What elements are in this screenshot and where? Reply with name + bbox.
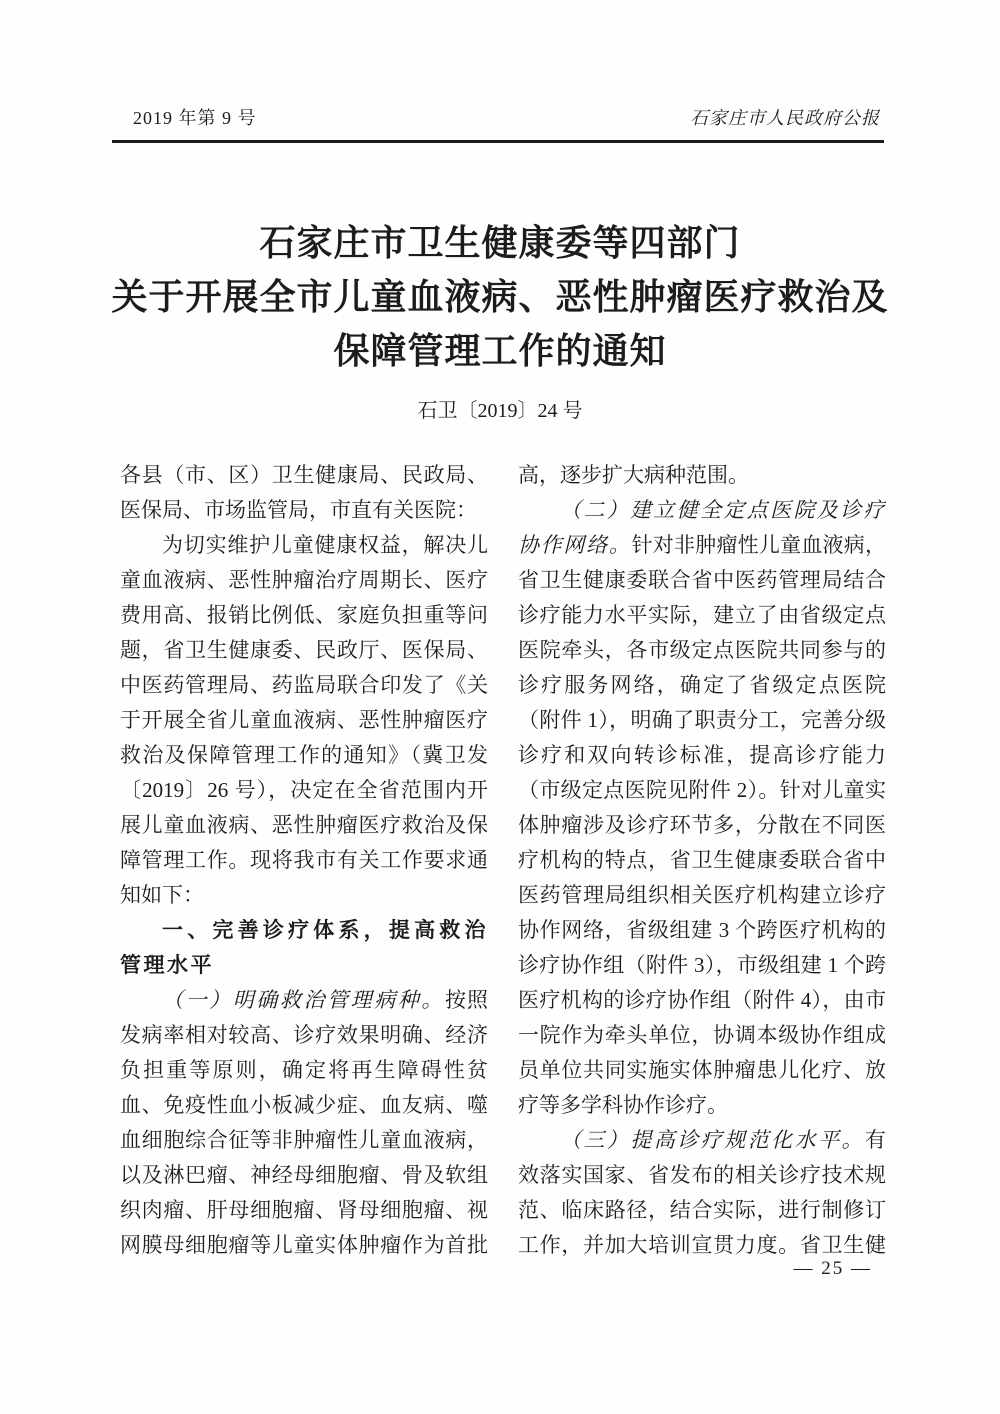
document-reference-number: 石卫〔2019〕24 号: [0, 394, 1000, 423]
document-page: 2019 年第 9 号 石家庄市人民政府公报 石家庄市卫生健康委等四部门 关于开…: [0, 0, 1000, 1414]
paragraph-lead: （三）提高诊疗规范化水平。: [560, 1128, 865, 1152]
title-line-3: 保障管理工作的通知: [90, 324, 910, 378]
left-column: 各县（市、区）卫生健康局、民政局、医保局、市场监管局，市直有关医院：为切实维护儿…: [120, 458, 488, 1268]
paragraph-lead: （一）明确救治管理病种。: [162, 988, 445, 1012]
section-one-heading: 一、完善诊疗体系，提高救治管理水平: [120, 913, 488, 983]
header-issue-number: 2019 年第 9 号: [133, 104, 257, 130]
header-rule: [112, 140, 884, 143]
item-two-paragraph: （二）建立健全定点医院及诊疗协作网络。针对非肿瘤性儿童血液病，省卫生健康委联合省…: [518, 493, 886, 1123]
item-one-continuation-paragraph: 高，逐步扩大病种范围。: [518, 458, 886, 493]
item-one-paragraph: （一）明确救治管理病种。按照发病率相对较高、诊疗效果明确、经济负担重等原则，确定…: [120, 983, 488, 1268]
body-columns: 各县（市、区）卫生健康局、民政局、医保局、市场监管局，市直有关医院：为切实维护儿…: [120, 458, 886, 1268]
intro-paragraph: 为切实维护儿童健康权益，解决儿童血液病、恶性肿瘤治疗周期长、医疗费用高、报销比例…: [120, 528, 488, 913]
header-publication-title: 石家庄市人民政府公报: [690, 104, 880, 130]
document-title: 石家庄市卫生健康委等四部门 关于开展全市儿童血液病、恶性肿瘤医疗救治及 保障管理…: [90, 216, 910, 378]
page-number: — 25 —: [794, 1258, 873, 1280]
item-three-paragraph: （三）提高诊疗规范化水平。有效落实国家、省发布的相关诊疗技术规范、临床路径，结合…: [518, 1123, 886, 1268]
title-line-1: 石家庄市卫生健康委等四部门: [90, 216, 910, 270]
title-line-2: 关于开展全市儿童血液病、恶性肿瘤医疗救治及: [90, 270, 910, 324]
right-column: 高，逐步扩大病种范围。（二）建立健全定点医院及诊疗协作网络。针对非肿瘤性儿童血液…: [518, 458, 886, 1268]
salutation-paragraph: 各县（市、区）卫生健康局、民政局、医保局、市场监管局，市直有关医院：: [120, 458, 488, 528]
paragraph-lead: （二）建立健全定点医院及诊疗协作网络。: [518, 498, 886, 557]
